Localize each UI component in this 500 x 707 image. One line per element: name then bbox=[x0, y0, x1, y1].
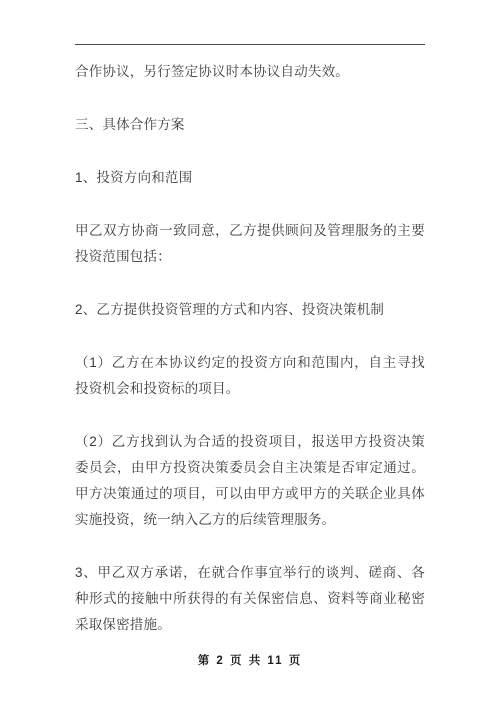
paragraph-item-3-confidentiality: 3、甲乙双方承诺，在就合作事宜举行的谈判、磋商、各种形式的接触中所获得的有关保密… bbox=[75, 560, 425, 638]
sub-heading-item-2: 2、乙方提供投资管理的方式和内容、投资决策机制 bbox=[75, 297, 425, 323]
document-body: 合作协议，另行签定协议时本协议自动失效。 三、具体合作方案 1、投资方向和范围 … bbox=[75, 59, 425, 665]
paragraph-investment-scope: 甲乙双方协商一致同意，乙方提供顾问及管理服务的主要投资范围包括： bbox=[75, 218, 425, 270]
paragraph-clause-2: （2）乙方找到认为合适的投资项目，报送甲方投资决策委员会，由甲方投资决策委员会自… bbox=[75, 429, 425, 533]
document-page: 合作协议，另行签定协议时本协议自动失效。 三、具体合作方案 1、投资方向和范围 … bbox=[0, 0, 500, 707]
paragraph-continuation: 合作协议，另行签定协议时本协议自动失效。 bbox=[75, 59, 425, 85]
paragraph-clause-1: （1）乙方在本协议约定的投资方向和范围内，自主寻找投资机会和投资标的项目。 bbox=[75, 350, 425, 402]
section-heading: 三、具体合作方案 bbox=[75, 112, 425, 138]
page-number-footer: 第 2 页 共 11 页 bbox=[0, 652, 500, 668]
sub-heading-item-1: 1、投资方向和范围 bbox=[75, 165, 425, 191]
header-rule-divider bbox=[75, 44, 425, 45]
